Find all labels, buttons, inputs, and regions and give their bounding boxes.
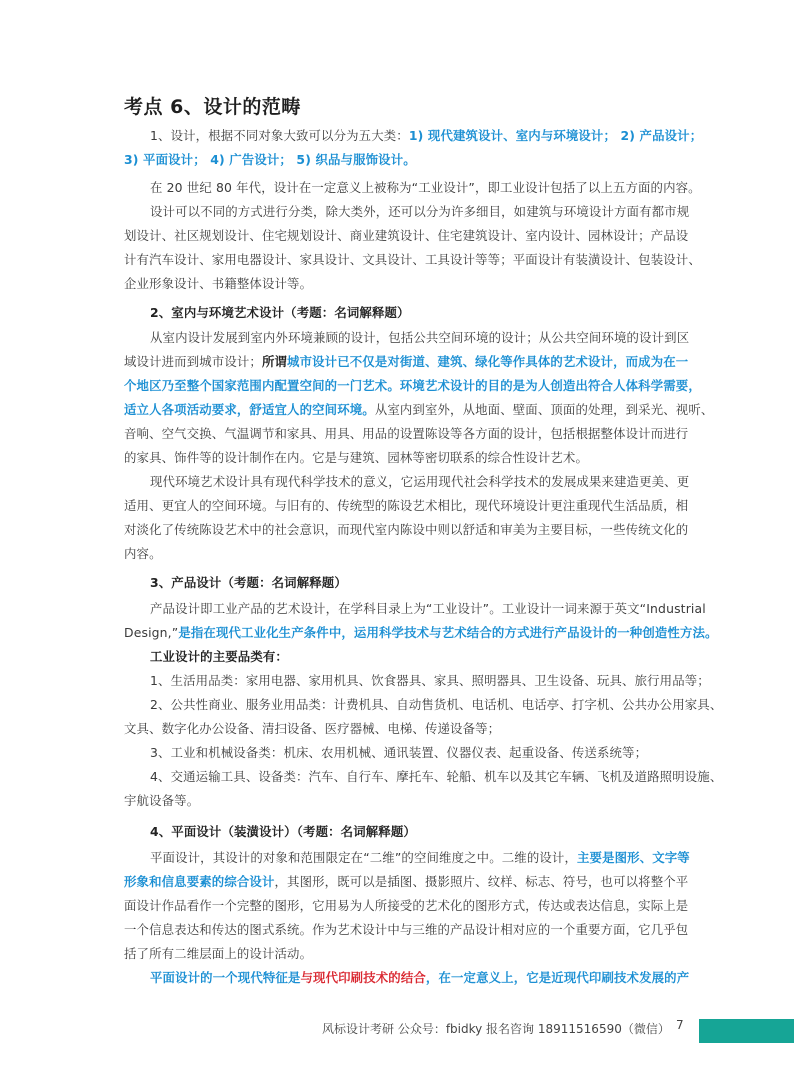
body-text: 产品设计即工业产品的艺术设计，在学科目录上为“工业设计”。工业设计一词来源于英文… <box>150 601 706 616</box>
text-line: 的家具、饰件等的设计制作在内。它是与建筑、园林等密切联系的综合性设计艺术。 <box>124 450 700 466</box>
body-text: 2、公共性商业、服务业用品类：计费机具、自动售货机、电话机、电话亭、打字机、公共… <box>150 697 722 712</box>
highlight-red-text: 与现代印刷技术的结合 <box>301 970 426 985</box>
text-line: 计有汽车设计、家用电器设计、家具设计、文具设计、工具设计等等；平面设计有装潢设计… <box>124 252 700 268</box>
text-line: 从室内设计发展到室内外环境兼顾的设计，包括公共空间环境的设计；从公共空间环境的设… <box>124 330 700 346</box>
body-text: 设计可以不同的方式进行分类，除大类外，还可以分为许多细目，如建筑与环境设计方面有… <box>150 204 689 219</box>
text-line: 在 20 世纪 80 年代，设计在一定意义上被称为“工业设计”，即工业设计包括了… <box>124 180 700 196</box>
body-text: 内容。 <box>124 546 162 561</box>
text-line: 4、平面设计（装潢设计）（考题：名词解释题） <box>124 824 700 840</box>
footer-contact-text: 风标设计考研 公众号：fbidky 报名咨询 18911516590（微信） <box>322 1020 670 1037</box>
highlight-blue-text: 城市设计已不仅是对街道、建筑、绿化等作具体的艺术设计，而成为在一 <box>287 354 688 369</box>
text-line: 设计可以不同的方式进行分类，除大类外，还可以分为许多细目，如建筑与环境设计方面有… <box>124 204 700 220</box>
text-line: 适用、更宜人的空间环境。与旧有的、传统型的陈设艺术相比，现代环境设计更注重现代生… <box>124 498 700 514</box>
body-text: ，其图形，既可以是插图、摄影照片、纹样、标志、符号，也可以将整个平 <box>275 874 689 889</box>
body-text: 面设计作品看作一个完整的图形，它用易为人所接受的艺术化的图形方式，传达或表达信息… <box>124 898 688 913</box>
text-line: 现代环境艺术设计具有现代科学技术的意义，它运用现代社会科学技术的发展成果来建造更… <box>124 474 700 490</box>
highlight-blue-text: 平面设计的一个现代特征是 <box>150 970 301 985</box>
text-line: 括了所有二维层面上的设计活动。 <box>124 946 700 962</box>
text-line: 域设计进而到城市设计；所谓城市设计已不仅是对街道、建筑、绿化等作具体的艺术设计，… <box>124 354 700 370</box>
text-line: 形象和信息要素的综合设计，其图形，既可以是插图、摄影照片、纹样、标志、符号，也可… <box>124 874 700 890</box>
body-text: 企业形象设计、书籍整体设计等。 <box>124 276 312 291</box>
bold-text: 所谓 <box>262 354 287 369</box>
bold-text: 工业设计的主要品类有： <box>150 649 288 664</box>
body-text: 一个信息表达和传达的图式系统。作为艺术设计中与三维的产品设计相对应的一个重要方面… <box>124 922 688 937</box>
text-line: 对淡化了传统陈设艺术中的社会意识，而现代室内陈设中则以舒适和审美为主要目标，一些… <box>124 522 700 538</box>
text-line: 适立人各项活动要求，舒适宜人的空间环境。从室内到室外，从地面、壁面、顶面的处理，… <box>124 402 700 418</box>
body-text: 的家具、饰件等的设计制作在内。它是与建筑、园林等密切联系的综合性设计艺术。 <box>124 450 588 465</box>
page-title: 考点 6、设计的范畴 <box>124 92 301 119</box>
body-text: 域设计进而到城市设计； <box>124 354 262 369</box>
body-text: 在 20 世纪 80 年代，设计在一定意义上被称为“工业设计”，即工业设计包括了… <box>150 180 701 195</box>
body-text: 4、交通运输工具、设备类：汽车、自行车、摩托车、轮船、机车以及其它车辆、飞机及道… <box>150 769 722 784</box>
highlight-blue-text: ，在一定意义上，它是近现代印刷技术发展的产 <box>426 970 689 985</box>
text-line: 平面设计的一个现代特征是与现代印刷技术的结合，在一定意义上，它是近现代印刷技术发… <box>124 970 700 986</box>
text-line: 平面设计，其设计的对象和范围限定在“二维”的空间维度之中。二维的设计，主要是图形… <box>124 850 700 866</box>
text-line: 1、生活用品类：家用电器、家用机具、饮食器具、家具、照明器具、卫生设备、玩具、旅… <box>124 673 700 689</box>
text-line: 4、交通运输工具、设备类：汽车、自行车、摩托车、轮船、机车以及其它车辆、飞机及道… <box>124 769 700 785</box>
text-line: 3、工业和机械设备类：机床、农用机械、通讯装置、仪器仪表、起重设备、传送系统等； <box>124 745 700 761</box>
highlight-blue-text: 形象和信息要素的综合设计 <box>124 874 275 889</box>
body-text: 划设计、社区规划设计、住宅规划设计、商业建筑设计、住宅建筑设计、室内设计、园林设… <box>124 228 688 243</box>
body-text: 从室内到室外，从地面、壁面、顶面的处理，到采光、视听、 <box>375 402 714 417</box>
text-line: 企业形象设计、书籍整体设计等。 <box>124 276 700 292</box>
text-line: 面设计作品看作一个完整的图形，它用易为人所接受的艺术化的图形方式，传达或表达信息… <box>124 898 700 914</box>
text-line: 2、公共性商业、服务业用品类：计费机具、自动售货机、电话机、电话亭、打字机、公共… <box>124 697 700 713</box>
highlight-blue-text: 主要是图形、文字等 <box>577 850 690 865</box>
text-line: 宇航设备等。 <box>124 793 700 809</box>
highlight-blue-text: 个地区乃至整个国家范围内配置空间的一门艺术。环境艺术设计的目的是为人创造出符合人… <box>124 378 701 393</box>
text-line: 3) 平面设计； 4) 广告设计； 5) 织品与服饰设计。 <box>124 152 700 168</box>
body-text: 3、工业和机械设备类：机床、农用机械、通讯装置、仪器仪表、起重设备、传送系统等； <box>150 745 647 760</box>
body-text: 从室内设计发展到室内外环境兼顾的设计，包括公共空间环境的设计；从公共空间环境的设… <box>150 330 689 345</box>
body-text: 音响、空气交换、气温调节和家具、用具、用品的设置陈设等各方面的设计，包括根据整体… <box>124 426 688 441</box>
text-line: 文具、数字化办公设备、清扫设备、医疗器械、电梯、传递设备等； <box>124 721 700 737</box>
body-text: 现代环境艺术设计具有现代科学技术的意义，它运用现代社会科学技术的发展成果来建造更… <box>150 474 689 489</box>
body-text: 1、设计，根据不同对象大致可以分为五大类： <box>150 128 409 143</box>
text-line: 一个信息表达和传达的图式系统。作为艺术设计中与三维的产品设计相对应的一个重要方面… <box>124 922 700 938</box>
text-line: 工业设计的主要品类有： <box>124 649 700 665</box>
body-text: 括了所有二维层面上的设计活动。 <box>124 946 312 961</box>
text-line: 音响、空气交换、气温调节和家具、用具、用品的设置陈设等各方面的设计，包括根据整体… <box>124 426 700 442</box>
text-line: Design,”是指在现代工业化生产条件中，运用科学技术与艺术结合的方式进行产品… <box>124 625 700 641</box>
body-text: 计有汽车设计、家用电器设计、家具设计、文具设计、工具设计等等；平面设计有装潢设计… <box>124 252 701 267</box>
body-text: 文具、数字化办公设备、清扫设备、医疗器械、电梯、传递设备等； <box>124 721 500 736</box>
text-line: 3、产品设计（考题：名词解释题） <box>124 575 700 591</box>
highlight-blue-text: 适立人各项活动要求，舒适宜人的空间环境。 <box>124 402 375 417</box>
page-number: 7 <box>676 1018 684 1032</box>
highlight-blue-text: 是指在现代工业化生产条件中，运用科学技术与艺术结合的方式进行产品设计的一种创造性… <box>178 625 717 640</box>
highlight-blue-text: 3) 平面设计； 4) 广告设计； 5) 织品与服饰设计。 <box>124 152 416 167</box>
footer-accent-bar <box>699 1019 794 1043</box>
bold-text: 3、产品设计（考题：名词解释题） <box>150 575 347 590</box>
body-text: 平面设计，其设计的对象和范围限定在“二维”的空间维度之中。二维的设计， <box>150 850 577 865</box>
body-text: 1、生活用品类：家用电器、家用机具、饮食器具、家具、照明器具、卫生设备、玩具、旅… <box>150 673 710 688</box>
text-line: 划设计、社区规划设计、住宅规划设计、商业建筑设计、住宅建筑设计、室内设计、园林设… <box>124 228 700 244</box>
body-text: 对淡化了传统陈设艺术中的社会意识，而现代室内陈设中则以舒适和审美为主要目标，一些… <box>124 522 688 537</box>
bold-text: 2、室内与环境艺术设计（考题：名词解释题） <box>150 305 410 320</box>
body-text: Design,” <box>124 625 178 640</box>
highlight-blue-text: 1) 现代建筑设计、室内与环境设计； 2) 产品设计； <box>409 128 702 143</box>
text-line: 个地区乃至整个国家范围内配置空间的一门艺术。环境艺术设计的目的是为人创造出符合人… <box>124 378 700 394</box>
text-line: 产品设计即工业产品的艺术设计，在学科目录上为“工业设计”。工业设计一词来源于英文… <box>124 601 700 617</box>
text-line: 内容。 <box>124 546 700 562</box>
text-line: 2、室内与环境艺术设计（考题：名词解释题） <box>124 305 700 321</box>
body-text: 适用、更宜人的空间环境。与旧有的、传统型的陈设艺术相比，现代环境设计更注重现代生… <box>124 498 688 513</box>
bold-text: 4、平面设计（装潢设计）（考题：名词解释题） <box>150 824 416 839</box>
text-line: 1、设计，根据不同对象大致可以分为五大类：1) 现代建筑设计、室内与环境设计； … <box>124 128 700 144</box>
body-text: 宇航设备等。 <box>124 793 199 808</box>
